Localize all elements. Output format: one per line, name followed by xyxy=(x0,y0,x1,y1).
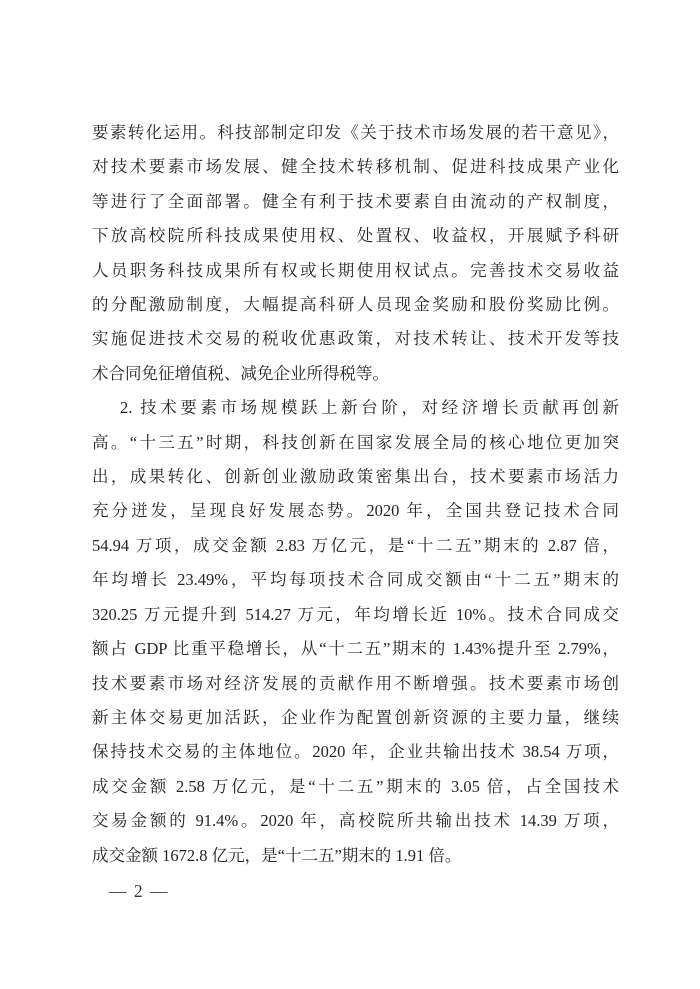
text-line: 的分配激励制度，大幅提高科研人员现金奖励和股份奖励比例。 xyxy=(92,288,619,322)
text-line: 320.25 万元提升到 514.27 万元，年均增长近 10%。技术合同成交 xyxy=(92,598,619,632)
text-line: 高。“十三五”时期，科技创新在国家发展全局的核心地位更加突 xyxy=(92,426,619,460)
text-line: 充分迸发，呈现良好发展态势。2020 年，全国共登记技术合同 xyxy=(92,494,619,528)
text-line: 交易金额的 91.4%。2020 年，高校院所共输出技术 14.39 万项， xyxy=(92,804,619,838)
text-line: 额占 GDP 比重平稳增长，从“十二五”期末的 1.43%提升至 2.79%， xyxy=(92,632,619,666)
text-line: 保持技术交易的主体地位。2020 年，企业共输出技术 38.54 万项， xyxy=(92,735,619,769)
text-line: 实施促进技术交易的税收优惠政策，对技术转让、技术开发等技 xyxy=(92,322,619,356)
text-line: 出，成果转化、创新创业激励政策密集出台，技术要素市场活力 xyxy=(92,460,619,494)
text-line-paragraph-end: 成交金额 1672.8 亿元，是“十二五”期末的 1.91 倍。 xyxy=(92,839,619,873)
document-page: 要素转化运用。科技部制定印发《关于技术市场发展的若干意见》， 对技术要素市场发展… xyxy=(0,0,700,989)
text-line: 下放高校院所科技成果使用权、处置权、收益权，开展赋予科研 xyxy=(92,219,619,253)
page-number: — 2 — xyxy=(109,881,169,902)
body-text: 要素转化运用。科技部制定印发《关于技术市场发展的若干意见》， 对技术要素市场发展… xyxy=(92,116,619,873)
text-line: 人员职务科技成果所有权或长期使用权试点。完善技术交易收益 xyxy=(92,254,619,288)
text-line: 对技术要素市场发展、健全技术转移机制、促进科技成果产业化 xyxy=(92,150,619,184)
text-line: 要素转化运用。科技部制定印发《关于技术市场发展的若干意见》， xyxy=(92,116,619,150)
text-line-paragraph-start: 2. 技术要素市场规模跃上新台阶，对经济增长贡献再创新 xyxy=(92,391,619,425)
text-line: 等进行了全面部署。健全有利于技术要素自由流动的产权制度， xyxy=(92,185,619,219)
text-line: 新主体交易更加活跃，企业作为配置创新资源的主要力量，继续 xyxy=(92,701,619,735)
text-line: 成交金额 2.58 万亿元，是“十二五”期末的 3.05 倍，占全国技术 xyxy=(92,770,619,804)
text-line: 年均增长 23.49%，平均每项技术合同成交额由“十二五”期末的 xyxy=(92,563,619,597)
text-line: 54.94 万项，成交金额 2.83 万亿元，是“十二五”期末的 2.87 倍， xyxy=(92,529,619,563)
text-line: 技术要素市场对经济发展的贡献作用不断增强。技术要素市场创 xyxy=(92,667,619,701)
text-line-paragraph-end: 术合同免征增值税、减免企业所得税等。 xyxy=(92,357,619,391)
